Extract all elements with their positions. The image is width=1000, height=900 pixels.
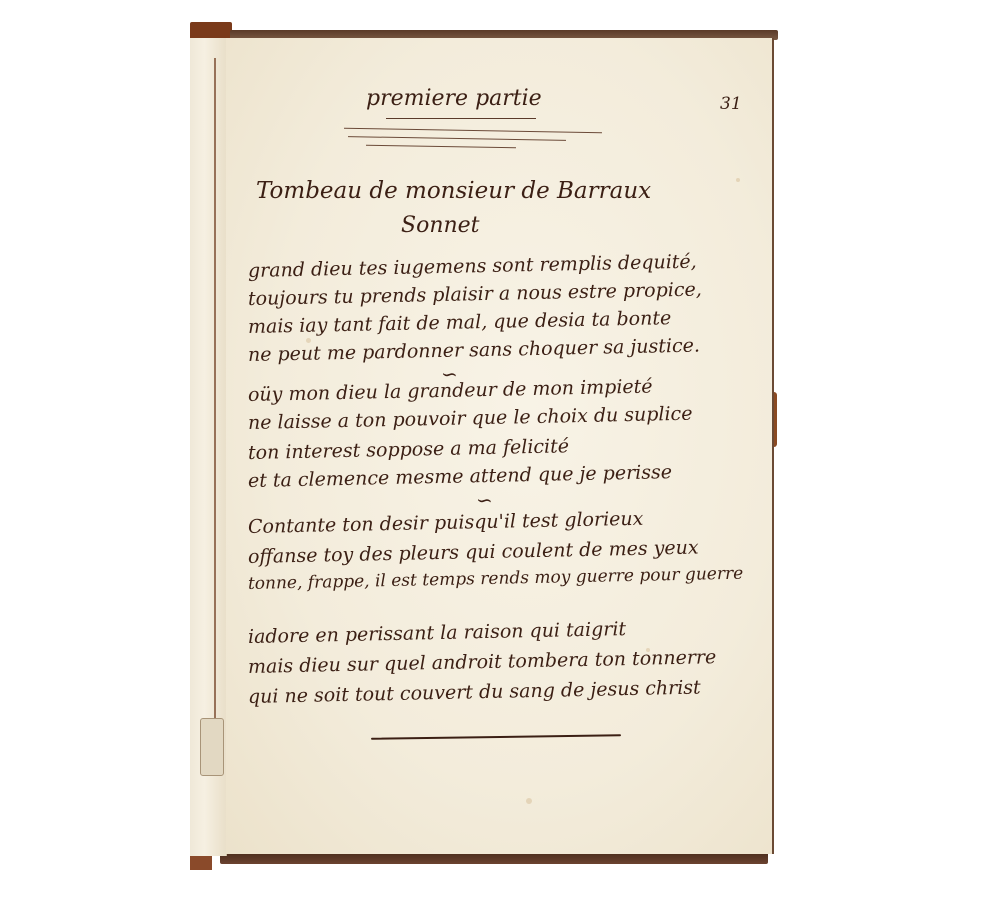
foxing-spot xyxy=(526,798,532,804)
flourish-divider: ∽ xyxy=(476,488,493,512)
poem-title: Tombeau de monsieur de Barraux xyxy=(256,178,651,204)
verse-line: mais dieu sur quel androit tombera ton t… xyxy=(248,646,717,678)
verse-line: oüy mon dieu la grandeur de mon impieté xyxy=(248,376,653,406)
verse-line: ne peut me pardonner sans choquer sa jus… xyxy=(248,335,700,366)
decorative-rule xyxy=(344,128,602,134)
verse-line: mais iay tant fait de mal, que desia ta … xyxy=(248,307,672,338)
verse-line: qui ne soit tout couvert du sang de jesu… xyxy=(248,677,701,708)
verse-line: toujours tu prends plaisir a nous estre … xyxy=(248,278,702,310)
verse-line: ne laisse a ton pouvoir que le choix du … xyxy=(248,403,693,434)
verse-line: Contante ton desir puisqu'il test glorie… xyxy=(248,508,644,538)
verse-line: et ta clemence mesme attend que je peris… xyxy=(248,461,672,492)
page-number: 31 xyxy=(720,94,742,114)
manuscript-page: premiere partie 31 Tombeau de monsieur d… xyxy=(226,38,774,854)
poem-subtitle: Sonnet xyxy=(401,213,480,238)
verse-line: offanse toy des pleurs qui coulent de me… xyxy=(248,537,699,568)
foxing-spot xyxy=(736,178,740,182)
binding-thread xyxy=(214,58,216,758)
verse-line: grand dieu tes iugemens sont remplis deq… xyxy=(248,251,697,282)
section-heading: premiere partie xyxy=(366,86,542,111)
binding-tab xyxy=(200,718,224,776)
end-rule xyxy=(371,734,621,739)
verse-line: ton interest soppose a ma felicité xyxy=(248,435,569,464)
manuscript-book: premiere partie 31 Tombeau de monsieur d… xyxy=(190,22,780,870)
binding-gutter xyxy=(190,38,227,856)
verse-line: tonne, frappe, il est temps rends moy gu… xyxy=(248,564,744,594)
heading-underline xyxy=(386,118,536,119)
decorative-rule xyxy=(348,136,566,141)
verse-line: iadore en perissant la raison qui taigri… xyxy=(248,618,626,648)
decorative-rule xyxy=(366,145,516,149)
